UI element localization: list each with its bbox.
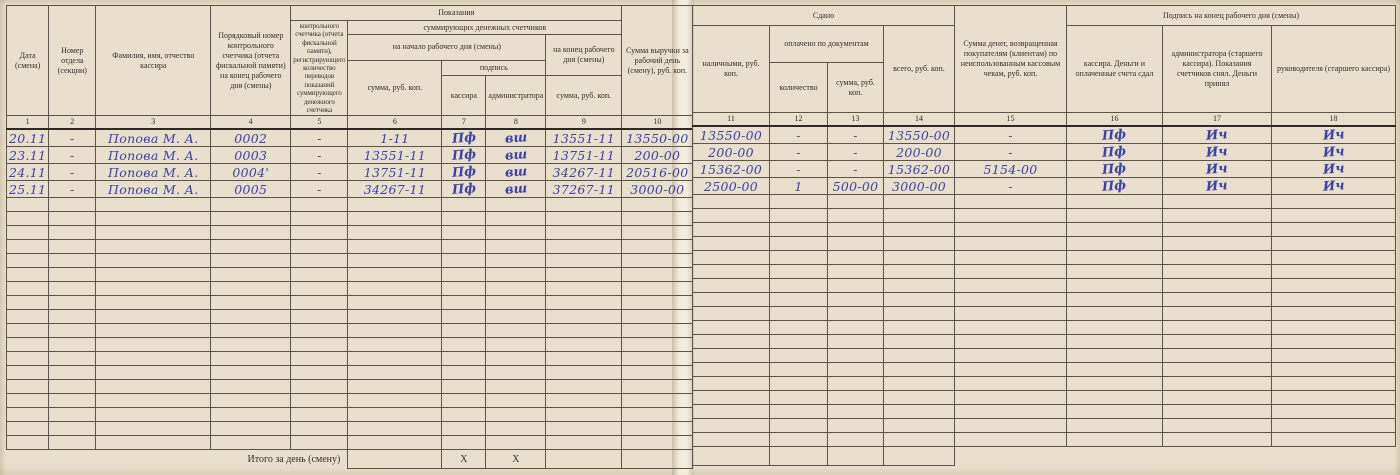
empty-row xyxy=(693,293,1396,307)
empty-cell xyxy=(770,419,828,433)
totals-x-cashier: X xyxy=(442,450,486,469)
empty-cell xyxy=(291,296,348,310)
empty-cell xyxy=(7,212,49,226)
empty-cell xyxy=(828,363,884,377)
empty-cell xyxy=(1163,391,1272,405)
empty-cell xyxy=(486,352,546,366)
empty-cell xyxy=(622,310,693,324)
empty-cell xyxy=(955,377,1067,391)
signature-glyph: Ич xyxy=(1322,178,1345,194)
empty-cell xyxy=(1163,433,1272,447)
empty-cell xyxy=(1067,335,1163,349)
header-sum-start: сумма, руб. коп. xyxy=(348,60,442,116)
left-column-numbers: 1 2 3 4 5 6 7 8 9 10 xyxy=(7,116,693,130)
empty-cell xyxy=(348,366,442,380)
empty-cell xyxy=(884,237,955,251)
empty-cell xyxy=(770,195,828,209)
empty-cell xyxy=(291,394,348,408)
empty-cell xyxy=(622,226,693,240)
header-podpis-end: Подпись на конец рабочего дня (смены) xyxy=(1067,6,1396,26)
empty-cell xyxy=(1272,335,1396,349)
empty-cell xyxy=(348,282,442,296)
cell-sum-end: 13751-11 xyxy=(546,147,622,164)
empty-cell xyxy=(1163,279,1272,293)
empty-cell xyxy=(96,310,211,324)
empty-cell xyxy=(49,240,96,254)
ledger-row: 200-00 - - 200-00 - Пф Ич Ич xyxy=(693,144,1396,161)
empty-cell xyxy=(693,237,770,251)
empty-cell xyxy=(770,237,828,251)
empty-cell xyxy=(828,223,884,237)
col-num: 12 xyxy=(770,113,828,127)
empty-cell xyxy=(486,226,546,240)
signature-glyph: Пф xyxy=(451,181,476,198)
cell-dept: - xyxy=(49,129,96,147)
empty-cell xyxy=(1163,293,1272,307)
empty-cell xyxy=(955,209,1067,223)
empty-cell xyxy=(770,209,828,223)
empty-cell xyxy=(486,436,546,450)
empty-cell xyxy=(7,352,49,366)
cell-docs-qty: - xyxy=(770,161,828,178)
empty-cell xyxy=(1272,419,1396,433)
empty-cell xyxy=(546,198,622,212)
totals-docs-sum xyxy=(828,447,884,466)
empty-cell xyxy=(442,310,486,324)
empty-cell xyxy=(211,422,291,436)
empty-cell xyxy=(49,408,96,422)
cell-dept: - xyxy=(49,181,96,198)
empty-cell xyxy=(884,265,955,279)
signature-admin: вш xyxy=(486,164,546,181)
empty-cell xyxy=(96,408,211,422)
cell-date: 25.11 xyxy=(7,181,49,198)
cell-transfers: - xyxy=(291,181,348,198)
empty-cell xyxy=(693,405,770,419)
empty-cell xyxy=(884,195,955,209)
empty-cell xyxy=(211,310,291,324)
empty-cell xyxy=(1067,433,1163,447)
header-docs: оплачено по документам xyxy=(770,26,884,63)
empty-cell xyxy=(1272,405,1396,419)
empty-cell xyxy=(291,366,348,380)
header-total: всего, руб. коп. xyxy=(884,26,955,113)
cell-total: 200-00 xyxy=(884,144,955,161)
empty-row xyxy=(7,338,693,352)
totals-total xyxy=(884,447,955,466)
empty-cell xyxy=(96,324,211,338)
empty-cell xyxy=(546,436,622,450)
empty-cell xyxy=(1067,307,1163,321)
empty-cell xyxy=(348,338,442,352)
empty-row xyxy=(693,265,1396,279)
empty-cell xyxy=(622,296,693,310)
empty-cell xyxy=(693,377,770,391)
empty-cell xyxy=(96,296,211,310)
totals-sum-end xyxy=(546,450,622,469)
empty-cell xyxy=(96,338,211,352)
empty-cell xyxy=(7,380,49,394)
empty-cell xyxy=(211,240,291,254)
empty-cell xyxy=(828,321,884,335)
signature-glyph: вш xyxy=(504,164,527,181)
empty-row xyxy=(693,349,1396,363)
empty-cell xyxy=(546,254,622,268)
empty-cell xyxy=(828,279,884,293)
empty-cell xyxy=(291,436,348,450)
header-dept: Номер отдела (секции) xyxy=(49,6,96,116)
signature-glyph: Ич xyxy=(1322,144,1345,160)
empty-cell xyxy=(442,352,486,366)
ledger-row: 23.11 - Попова М. А. 0003 - 13551-11 Пф … xyxy=(7,147,693,164)
empty-cell xyxy=(693,363,770,377)
empty-cell xyxy=(955,349,1067,363)
empty-cell xyxy=(49,366,96,380)
empty-cell xyxy=(7,436,49,450)
empty-cell xyxy=(49,394,96,408)
col-num: 6 xyxy=(348,116,442,130)
empty-cell xyxy=(291,198,348,212)
signature-glyph: Ич xyxy=(1206,161,1229,177)
empty-cell xyxy=(828,251,884,265)
empty-cell xyxy=(622,282,693,296)
empty-cell xyxy=(49,212,96,226)
empty-cell xyxy=(49,282,96,296)
empty-cell xyxy=(211,296,291,310)
cell-cashier: Попова М. А. xyxy=(96,164,211,181)
empty-cell xyxy=(955,265,1067,279)
empty-cell xyxy=(211,394,291,408)
empty-cell xyxy=(348,198,442,212)
empty-cell xyxy=(348,296,442,310)
empty-cell xyxy=(96,352,211,366)
empty-cell xyxy=(442,240,486,254)
empty-cell xyxy=(546,366,622,380)
empty-cell xyxy=(693,279,770,293)
empty-cell xyxy=(291,422,348,436)
empty-cell xyxy=(1272,293,1396,307)
cell-docs-qty: - xyxy=(770,126,828,144)
empty-cell xyxy=(1272,363,1396,377)
empty-cell xyxy=(348,436,442,450)
empty-cell xyxy=(828,433,884,447)
empty-cell xyxy=(1272,237,1396,251)
empty-row xyxy=(7,394,693,408)
empty-cell xyxy=(770,265,828,279)
signature-glyph: Пф xyxy=(1102,144,1127,161)
signature-admin-end: Ич xyxy=(1163,126,1272,144)
totals-revenue xyxy=(622,450,693,469)
totals-cash xyxy=(693,447,770,466)
empty-cell xyxy=(693,251,770,265)
empty-cell xyxy=(1163,377,1272,391)
empty-cell xyxy=(546,268,622,282)
signature-glyph: Ич xyxy=(1206,127,1229,143)
ledger-row: 13550-00 - - 13550-00 - Пф Ич Ич xyxy=(693,126,1396,144)
left-header: Дата (смена) Номер отдела (секции) Фамил… xyxy=(7,6,693,130)
empty-cell xyxy=(1163,349,1272,363)
cell-date: 24.11 xyxy=(7,164,49,181)
empty-cell xyxy=(955,335,1067,349)
cell-revenue: 13550-00 xyxy=(622,129,693,147)
empty-cell xyxy=(442,422,486,436)
empty-cell xyxy=(884,251,955,265)
signature-admin: вш xyxy=(486,129,546,147)
header-day-end: на конец рабочего дня (смены) xyxy=(546,35,622,76)
empty-row xyxy=(7,380,693,394)
empty-cell xyxy=(7,268,49,282)
cell-counter-no: 0004' xyxy=(211,164,291,181)
empty-cell xyxy=(884,363,955,377)
empty-cell xyxy=(828,335,884,349)
empty-cell xyxy=(955,237,1067,251)
empty-cell xyxy=(1272,223,1396,237)
cell-transfers: - xyxy=(291,129,348,147)
cell-date: 20.11 xyxy=(7,129,49,147)
cell-transfers: - xyxy=(291,147,348,164)
empty-cell xyxy=(1272,195,1396,209)
col-num: 11 xyxy=(693,113,770,127)
empty-cell xyxy=(49,324,96,338)
cell-total: 13550-00 xyxy=(884,126,955,144)
empty-cell xyxy=(291,282,348,296)
totals-sum-start xyxy=(348,450,442,469)
empty-cell xyxy=(486,254,546,268)
header-cashier-name: Фамилия, имя, отчество кассира xyxy=(96,6,211,116)
empty-row xyxy=(693,223,1396,237)
empty-cell xyxy=(1067,419,1163,433)
empty-cell xyxy=(1067,265,1163,279)
empty-cell xyxy=(546,226,622,240)
empty-cell xyxy=(7,282,49,296)
empty-cell xyxy=(884,279,955,293)
empty-cell xyxy=(622,366,693,380)
empty-cell xyxy=(622,268,693,282)
empty-cell xyxy=(96,282,211,296)
empty-cell xyxy=(1163,223,1272,237)
empty-cell xyxy=(1272,391,1396,405)
empty-cell xyxy=(1163,251,1272,265)
empty-cell xyxy=(348,408,442,422)
empty-row xyxy=(693,377,1396,391)
ledger-row: 24.11 - Попова М. А. 0004' - 13751-11 Пф… xyxy=(7,164,693,181)
empty-row xyxy=(7,282,693,296)
empty-cell xyxy=(211,198,291,212)
empty-row xyxy=(7,296,693,310)
col-num: 14 xyxy=(884,113,955,127)
empty-row xyxy=(7,268,693,282)
empty-cell xyxy=(486,408,546,422)
empty-cell xyxy=(693,293,770,307)
col-num: 7 xyxy=(442,116,486,130)
empty-cell xyxy=(442,282,486,296)
empty-cell xyxy=(211,254,291,268)
left-data-rows: 20.11 - Попова М. А. 0002 - 1-11 Пф вш 1… xyxy=(7,129,693,198)
empty-cell xyxy=(211,226,291,240)
empty-row xyxy=(7,324,693,338)
empty-cell xyxy=(1163,195,1272,209)
cell-docs-sum: 500-00 xyxy=(828,178,884,195)
empty-cell xyxy=(1272,279,1396,293)
signature-glyph: Ич xyxy=(1322,161,1345,177)
empty-row xyxy=(7,240,693,254)
col-num: 15 xyxy=(955,113,1067,127)
empty-cell xyxy=(211,436,291,450)
col-num: 1 xyxy=(7,116,49,130)
empty-cell xyxy=(1272,321,1396,335)
signature-cashier-end: Пф xyxy=(1067,144,1163,161)
empty-cell xyxy=(348,254,442,268)
empty-cell xyxy=(1272,433,1396,447)
cell-date: 23.11 xyxy=(7,147,49,164)
empty-cell xyxy=(486,324,546,338)
header-sig-cashier-end: кассира. Деньги и оплаченные счета сдал xyxy=(1067,26,1163,113)
empty-cell xyxy=(211,408,291,422)
empty-cell xyxy=(49,352,96,366)
empty-cell xyxy=(770,433,828,447)
empty-cell xyxy=(693,321,770,335)
empty-cell xyxy=(828,307,884,321)
empty-cell xyxy=(546,310,622,324)
empty-cell xyxy=(1272,265,1396,279)
empty-cell xyxy=(211,366,291,380)
empty-cell xyxy=(622,380,693,394)
empty-cell xyxy=(828,391,884,405)
empty-cell xyxy=(828,209,884,223)
empty-cell xyxy=(7,240,49,254)
signature-cashier: Пф xyxy=(442,181,486,198)
empty-cell xyxy=(211,352,291,366)
empty-cell xyxy=(7,366,49,380)
cell-cashier: Попова М. А. xyxy=(96,129,211,147)
empty-cell xyxy=(442,366,486,380)
empty-cell xyxy=(291,226,348,240)
empty-cell xyxy=(622,212,693,226)
cell-returned: - xyxy=(955,178,1067,195)
signature-glyph: Пф xyxy=(451,130,476,147)
empty-cell xyxy=(693,349,770,363)
empty-row xyxy=(693,279,1396,293)
signature-glyph: Ич xyxy=(1206,144,1229,160)
empty-cell xyxy=(486,296,546,310)
col-num: 5 xyxy=(291,116,348,130)
cell-cashier: Попова М. А. xyxy=(96,147,211,164)
empty-cell xyxy=(622,198,693,212)
empty-row xyxy=(693,307,1396,321)
empty-cell xyxy=(828,195,884,209)
empty-cell xyxy=(693,195,770,209)
empty-cell xyxy=(442,338,486,352)
empty-cell xyxy=(211,282,291,296)
empty-cell xyxy=(7,324,49,338)
signature-glyph: Ич xyxy=(1322,127,1345,143)
empty-cell xyxy=(828,405,884,419)
empty-cell xyxy=(211,380,291,394)
col-num: 13 xyxy=(828,113,884,127)
col-num: 17 xyxy=(1163,113,1272,127)
empty-cell xyxy=(770,349,828,363)
totals-docs-qty xyxy=(770,447,828,466)
cell-counter-no: 0003 xyxy=(211,147,291,164)
signature-admin-end: Ич xyxy=(1163,161,1272,178)
empty-cell xyxy=(622,436,693,450)
empty-cell xyxy=(7,296,49,310)
empty-cell xyxy=(770,391,828,405)
right-totals xyxy=(693,447,1396,466)
totals-label: Итого за день (смену) xyxy=(7,450,348,469)
empty-cell xyxy=(955,321,1067,335)
empty-cell xyxy=(770,279,828,293)
signature-cashier-end: Пф xyxy=(1067,178,1163,195)
empty-cell xyxy=(291,254,348,268)
ledger-row: 20.11 - Попова М. А. 0002 - 1-11 Пф вш 1… xyxy=(7,129,693,147)
empty-cell xyxy=(546,380,622,394)
empty-cell xyxy=(1067,363,1163,377)
empty-row xyxy=(693,237,1396,251)
empty-cell xyxy=(828,237,884,251)
cell-cash: 13550-00 xyxy=(693,126,770,144)
ledger-row: 25.11 - Попова М. А. 0005 - 34267-11 Пф … xyxy=(7,181,693,198)
header-sig-head: руководителя (старшего кассира) xyxy=(1272,26,1396,113)
empty-cell xyxy=(884,391,955,405)
empty-cell xyxy=(884,405,955,419)
empty-cell xyxy=(1163,363,1272,377)
empty-row xyxy=(7,212,693,226)
empty-cell xyxy=(442,198,486,212)
empty-cell xyxy=(486,310,546,324)
empty-cell xyxy=(7,338,49,352)
signature-glyph: Пф xyxy=(1102,161,1127,178)
header-returned: Сумма денег, возвращенная покупателям (к… xyxy=(955,6,1067,113)
signature-admin: вш xyxy=(486,181,546,198)
empty-cell xyxy=(884,209,955,223)
empty-cell xyxy=(7,408,49,422)
empty-cell xyxy=(955,223,1067,237)
empty-cell xyxy=(1163,307,1272,321)
empty-cell xyxy=(546,324,622,338)
ledger-row: 2500-00 1 500-00 3000-00 - Пф Ич Ич xyxy=(693,178,1396,195)
empty-row xyxy=(693,363,1396,377)
header-docs-sum: сумма, руб. коп. xyxy=(828,63,884,113)
empty-cell xyxy=(1067,405,1163,419)
empty-cell xyxy=(486,268,546,282)
empty-cell xyxy=(486,394,546,408)
empty-cell xyxy=(622,352,693,366)
empty-cell xyxy=(291,352,348,366)
header-sum-end: сумма, руб. коп. xyxy=(546,76,622,116)
signature-admin-end: Ич xyxy=(1163,144,1272,161)
header-counter-number: Порядковый номер контрольного счетчика (… xyxy=(211,6,291,116)
cell-total: 3000-00 xyxy=(884,178,955,195)
empty-cell xyxy=(884,349,955,363)
cell-cash: 2500-00 xyxy=(693,178,770,195)
signature-glyph: вш xyxy=(504,147,527,164)
empty-cell xyxy=(1067,321,1163,335)
totals-blank xyxy=(955,447,1396,466)
empty-cell xyxy=(622,422,693,436)
cell-sum-start: 13751-11 xyxy=(348,164,442,181)
signature-admin: вш xyxy=(486,147,546,164)
signature-cashier-end: Пф xyxy=(1067,161,1163,178)
empty-cell xyxy=(7,226,49,240)
empty-cell xyxy=(442,254,486,268)
empty-cell xyxy=(442,380,486,394)
empty-row xyxy=(7,226,693,240)
empty-row xyxy=(7,366,693,380)
signature-glyph: вш xyxy=(504,130,527,147)
header-cash: наличными, руб. коп. xyxy=(693,26,770,113)
empty-cell xyxy=(486,240,546,254)
